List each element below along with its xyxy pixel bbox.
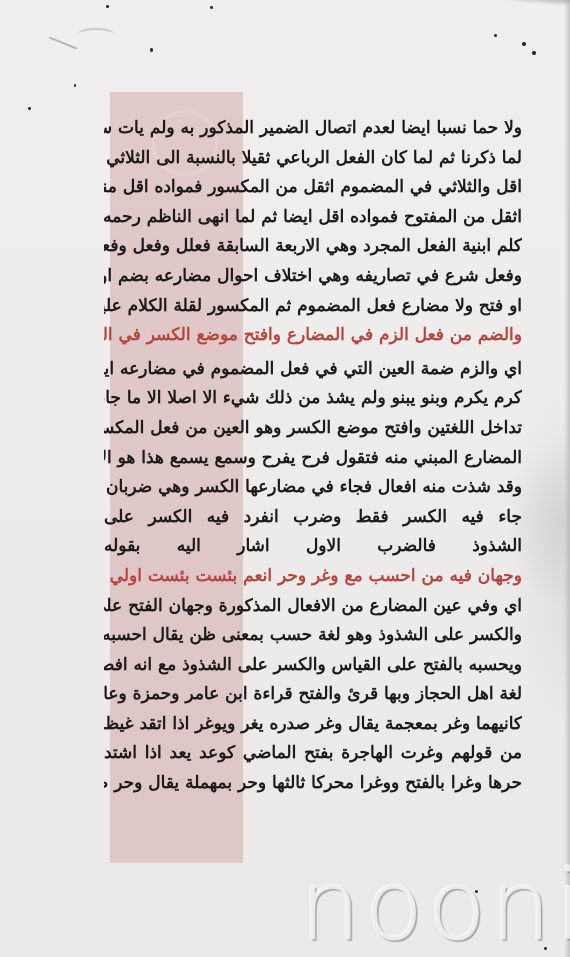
text-line: وفعل شرع في تصاريفه وهي اختلاف احوال مضا… — [104, 262, 522, 292]
text-line: كرم يكرم وبنو يبنو ولم يشذ من ذلك شيء ال… — [104, 384, 522, 414]
text-line: اثقل من المفتوح فمواده اقل ايضا ثم لما ا… — [104, 203, 522, 233]
page-right-edge — [564, 0, 570, 957]
rubric-verse-line: والضم من فعل الزم في المضارع وافتح موضع … — [104, 321, 522, 351]
ink-speck — [532, 51, 536, 55]
ink-stroke-mark — [49, 36, 78, 49]
text-line: او فتح ولا مضارع فعل المضموم ثم المكسور … — [104, 292, 522, 322]
ink-speck — [494, 34, 497, 37]
ink-squiggle-mark — [76, 28, 116, 44]
watermark-logo: nooni — [300, 858, 570, 954]
text-line: ولا حما نسبا ايضا لعدم اتصال الضمير المذ… — [104, 114, 522, 144]
text-line: تداخل اللغتين وافتح موضع الكسر وهو العين… — [104, 414, 522, 444]
ink-speck — [106, 5, 109, 8]
manuscript-text-block: ولا حما نسبا ايضا لعدم اتصال الضمير المذ… — [104, 114, 522, 799]
text-line: المضارع المبني منه فتقول فرح يفرح وسمع ي… — [104, 444, 522, 474]
text-line: الشذوذ فالضرب الاول اشار اليه بقوله — [104, 532, 522, 562]
text-line: حرها وغرا بالفتح ووغرا محركا ثالثها وحر … — [104, 769, 522, 799]
text-line: وقد شذت منه افعال فجاء في مضارعها الكسر … — [104, 473, 522, 503]
text-line: من قولهم وغرت الهاجرة بفتح الماضي كوعد ي… — [104, 739, 522, 769]
text-line: كانيهما وغر بمعجمة يقال وغر صدره يغر ويو… — [104, 710, 522, 740]
rubric-verse-line: وجهان فيه من احسب مع وغر وحر انعم بئست ب… — [104, 562, 522, 592]
ink-speck — [74, 84, 76, 87]
text-line: والكسر على الشذوذ وهو لغة حسب بمعنى ظن ي… — [104, 621, 522, 651]
text-line: جاء فيه الكسر فقط وضرب انفرد فيه الكسر ع… — [104, 503, 522, 533]
ink-speck — [210, 6, 213, 9]
ink-speck — [150, 48, 153, 52]
text-line: اي والزم ضمة العين التي في فعل المضموم ف… — [104, 355, 522, 385]
text-line: اي وفي عين المضارع من الافعال المذكورة و… — [104, 592, 522, 622]
text-line: لما ذكرنا ثم لما كان الفعل الرباعي ثقيلا… — [104, 144, 522, 174]
ink-speck — [28, 107, 31, 110]
ink-speck — [522, 42, 526, 46]
text-line: ويحسبه بالفتح على القياس والكسر على الشذ… — [104, 651, 522, 681]
text-line: كلم ابنية الفعل المجرد وهي الاربعة الساب… — [104, 232, 522, 262]
page-edge-shadow — [299, 0, 570, 23]
manuscript-page: ولا حما نسبا ايضا لعدم اتصال الضمير المذ… — [0, 0, 570, 957]
text-line: اقل والثلاثي في المضموم اثقل من المكسور … — [104, 173, 522, 203]
text-line: لغة اهل الحجاز وبها قرئ والفتح قراءة ابن… — [104, 680, 522, 710]
